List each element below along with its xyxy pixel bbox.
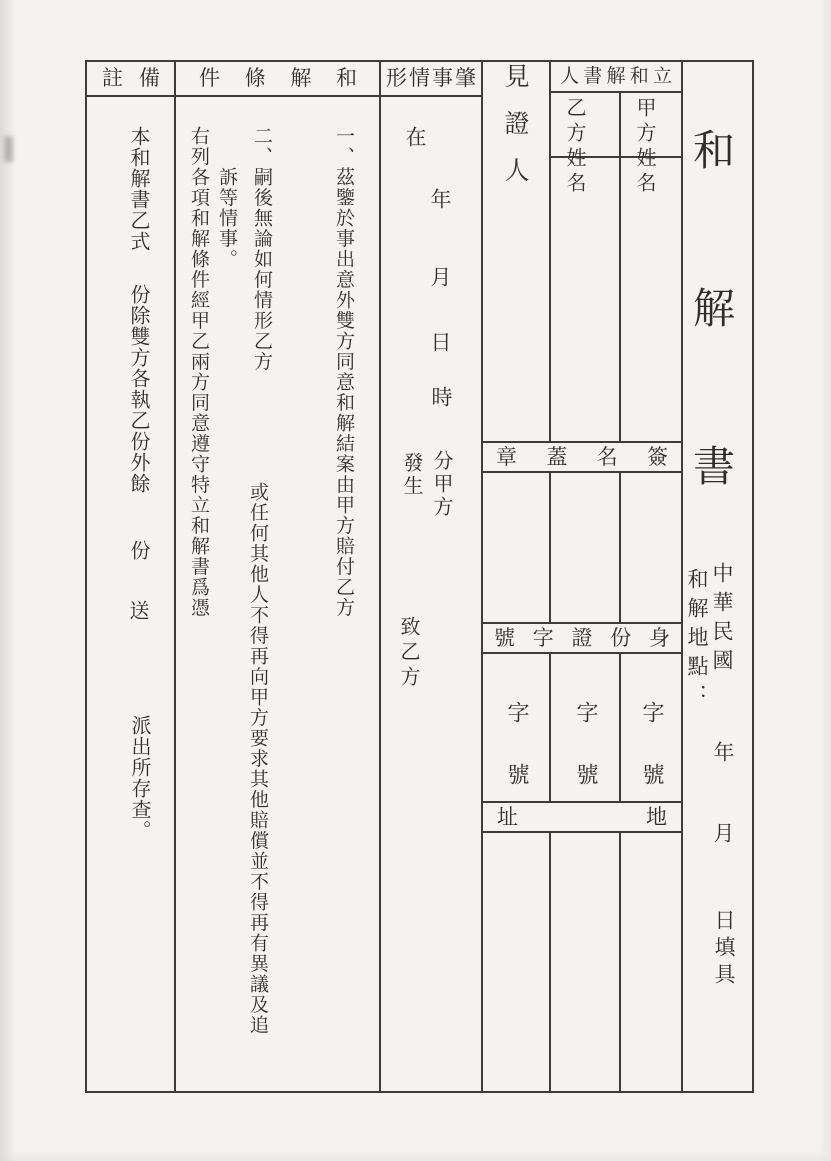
party-b-signature-blank bbox=[551, 158, 619, 441]
document-title: 和解書 bbox=[690, 128, 732, 602]
signature-seal-band: 章蓋名簽 bbox=[483, 443, 681, 471]
accident-seg-day: 日 bbox=[429, 331, 450, 352]
day-fill-label: 日填具 bbox=[713, 909, 734, 990]
remarks-seg2: 份除雙方各執乙份外餘 bbox=[129, 284, 149, 494]
party-b-id-cell-label: 字 號 bbox=[574, 701, 596, 794]
accident-seg-at: 在 bbox=[404, 126, 425, 147]
grid-line bbox=[85, 60, 87, 1093]
id-number-band: 號字證份身 bbox=[483, 624, 681, 652]
remarks-seg5: 派出所存查。 bbox=[130, 715, 150, 841]
accident-seg-minute-party-a: 分甲方 bbox=[432, 450, 452, 519]
conditions-column-header: 件條解和 bbox=[177, 62, 379, 95]
grid-line bbox=[549, 471, 551, 624]
accident-seg-occur: 發生 bbox=[402, 452, 422, 498]
year-fill-label: 年 bbox=[712, 741, 733, 762]
grid-line bbox=[619, 652, 621, 803]
grid-line bbox=[85, 1091, 754, 1093]
witness-column-label: 見證人 bbox=[503, 63, 528, 204]
accident-seg-month: 月 bbox=[429, 266, 450, 287]
grid-line bbox=[681, 60, 683, 1093]
scan-smudge-artifact bbox=[4, 136, 13, 162]
grid-line bbox=[174, 60, 176, 1093]
grid-line bbox=[85, 95, 482, 97]
grid-line bbox=[481, 471, 683, 473]
remarks-seg4: 送 bbox=[128, 600, 148, 620]
era-label: 中華民國 bbox=[711, 562, 732, 678]
grid-line bbox=[752, 60, 754, 1093]
party-a-signature-blank bbox=[621, 158, 681, 441]
grid-line bbox=[549, 91, 683, 93]
condition-item2-continuation: 或任何其他人不得再向甲方要求其他賠償並不得再有異議及追 bbox=[248, 482, 267, 1036]
grid-line bbox=[481, 652, 683, 654]
month-fill-label: 月 bbox=[712, 822, 733, 843]
accident-seg-hour: 時 bbox=[430, 386, 451, 407]
witness-signature-blank bbox=[483, 200, 549, 441]
accident-seg-to-party-b: 致乙方 bbox=[399, 616, 419, 691]
grid-line bbox=[379, 60, 381, 1093]
condition-item2-wrap: 訴等情事。 bbox=[217, 167, 236, 270]
party-b-name-label: 乙方姓名 bbox=[560, 97, 590, 151]
accident-seg-year: 年 bbox=[429, 188, 450, 209]
party-a-id-cell-label: 字 號 bbox=[640, 701, 662, 794]
remarks-seg3: 份 bbox=[129, 540, 149, 560]
accident-column-header: 形情事肇 bbox=[381, 62, 481, 95]
remarks-seg1: 本和解書乙式 bbox=[129, 126, 149, 252]
condition-item2-start: 二、嗣後無論如何情形乙方 bbox=[252, 126, 271, 372]
condition-item1: 一、茲鑒於事出意外雙方同意和解結案由甲方賠付乙方 bbox=[334, 126, 353, 618]
party-a-name-label: 甲方姓名 bbox=[630, 97, 660, 151]
witness-id-cell-label: 字 號 bbox=[505, 701, 527, 794]
address-band: 址地 bbox=[483, 803, 681, 831]
settlement-location-label: 和解地點： bbox=[686, 568, 707, 713]
grid-line bbox=[619, 471, 621, 624]
address-blank-row bbox=[483, 833, 681, 1091]
notes-column-header: 註備 bbox=[87, 62, 175, 95]
parties-section-header: 人書解和立 bbox=[551, 62, 681, 91]
condition-closing-clause: 右列各項和解條件經甲乙兩方同意遵守特立和解書爲憑 bbox=[189, 126, 208, 618]
grid-line bbox=[549, 652, 551, 803]
